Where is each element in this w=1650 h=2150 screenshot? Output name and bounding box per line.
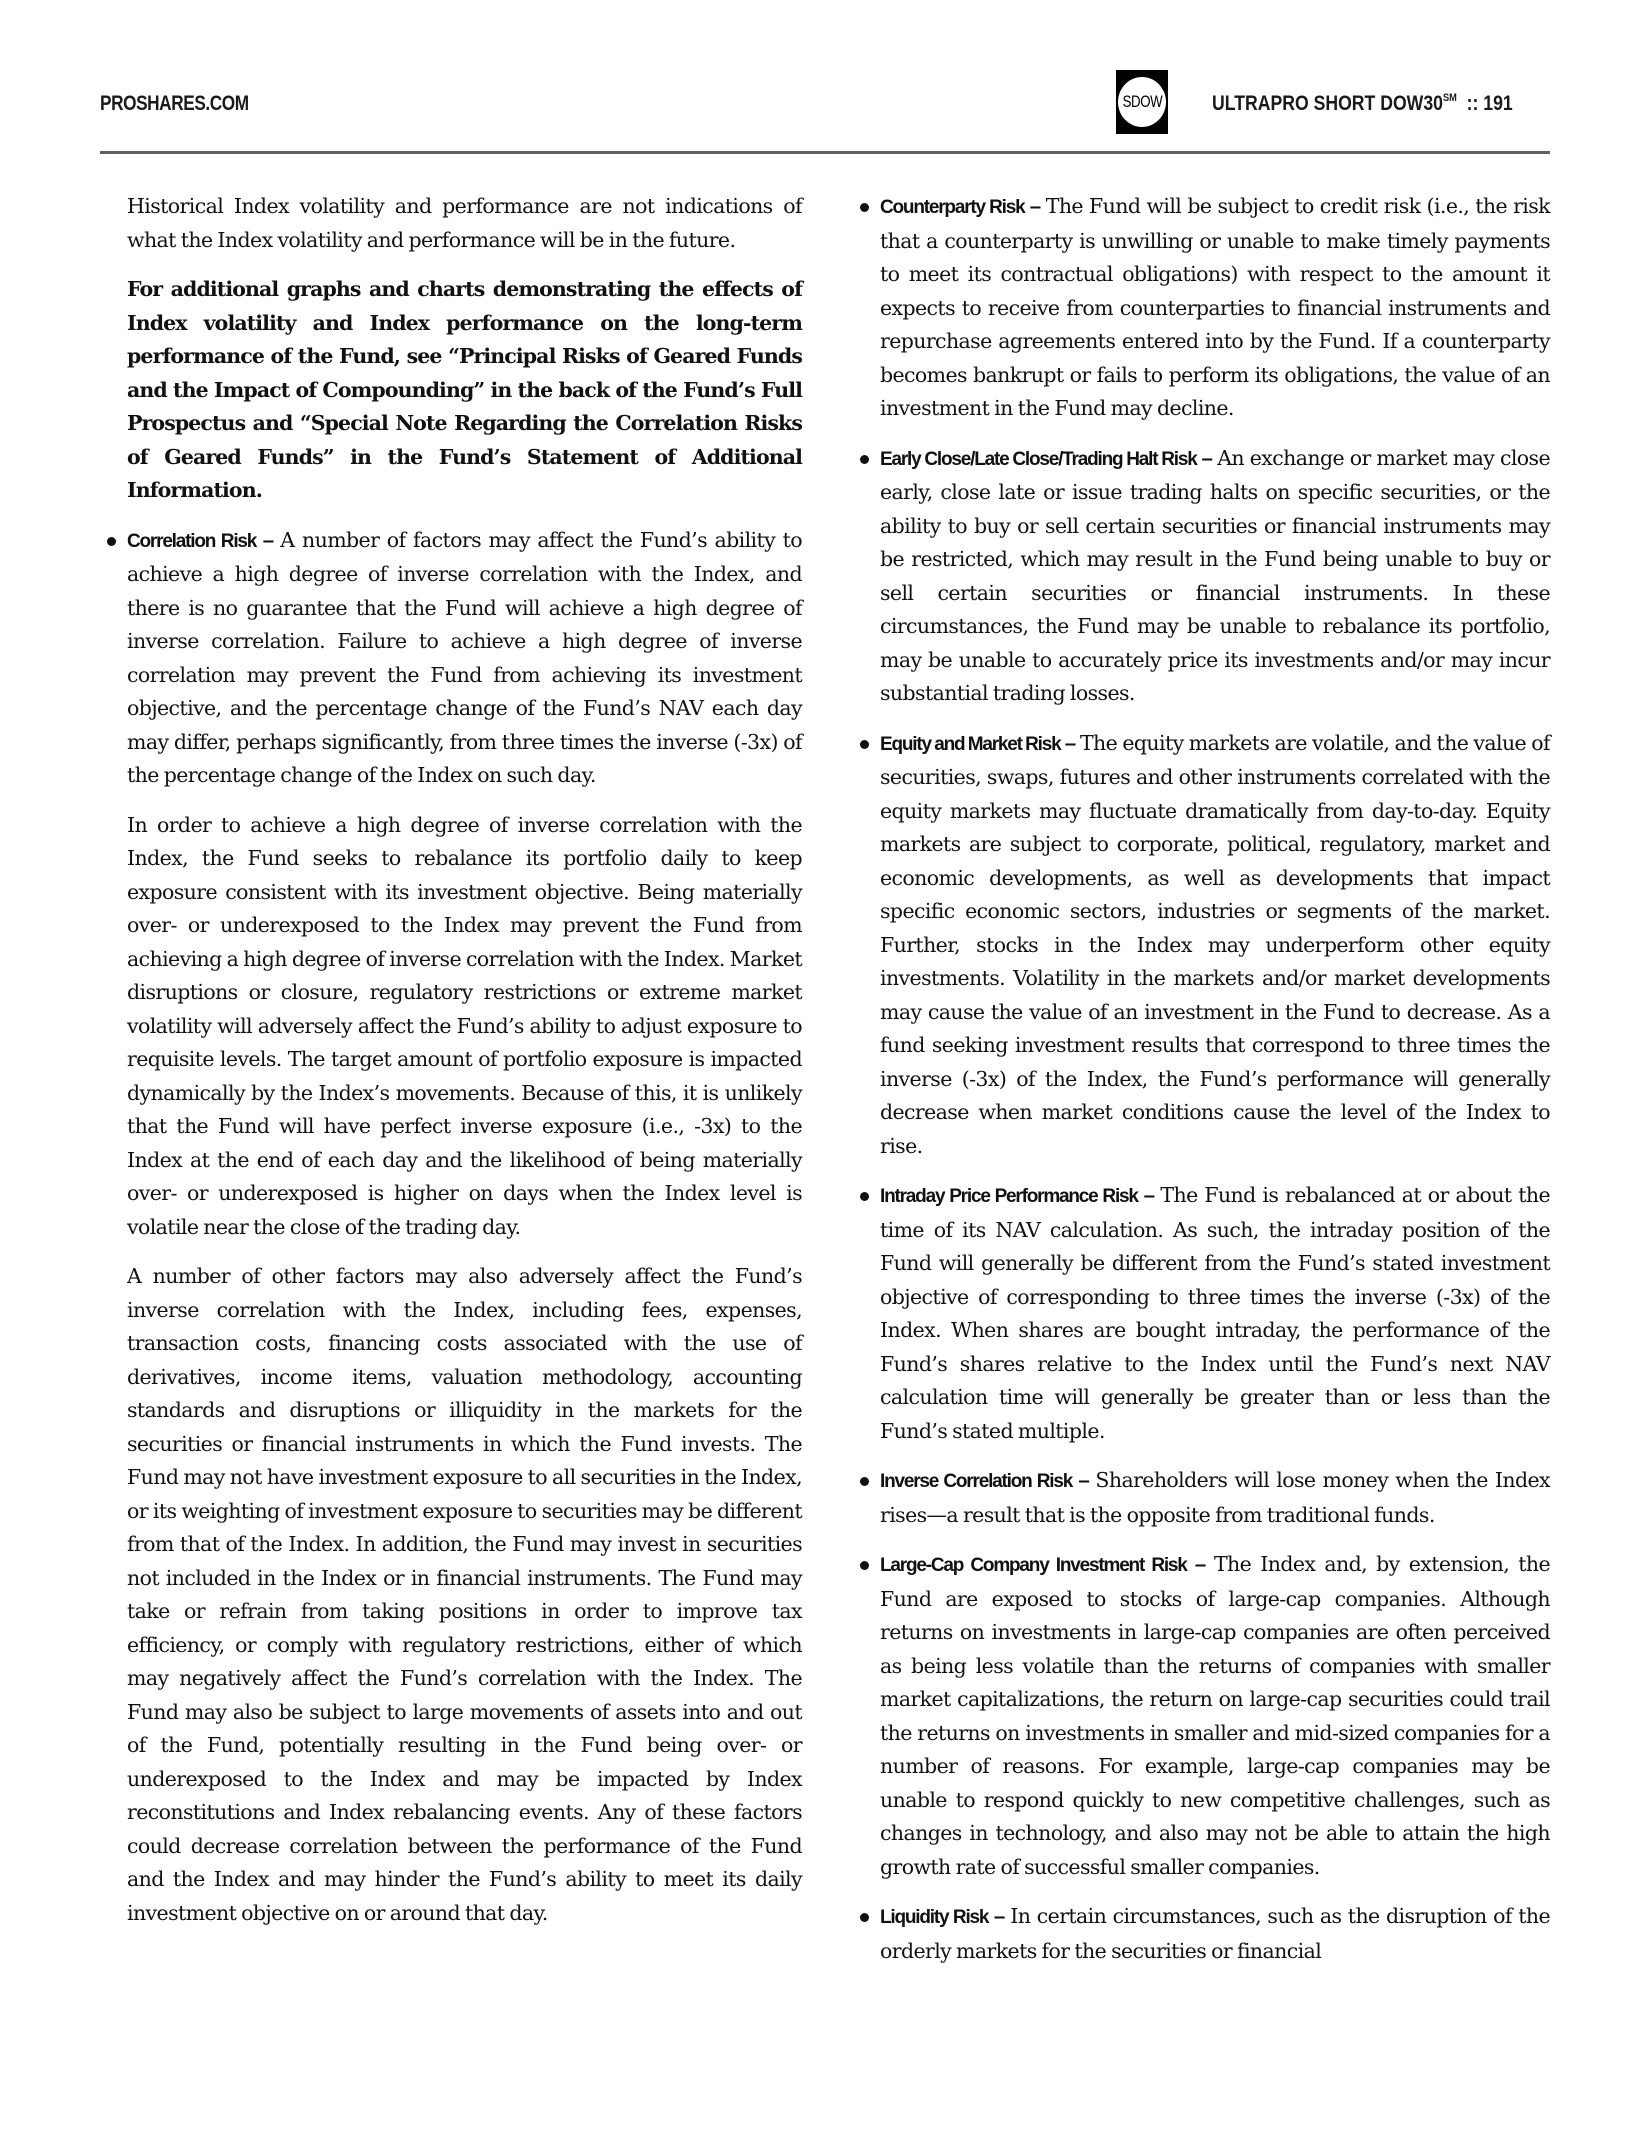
risk-dash: – [1187,1553,1214,1576]
left-column: Historical Index volatility and performa… [127,190,802,1946]
risk-term: Counterparty Risk [880,197,1024,218]
fund-title: ULTRAPRO SHORT DOW30SM :: 191 [1212,92,1513,116]
volatility-note: Historical Index volatility and performa… [127,190,802,257]
risk-term: Equity and Market Risk [880,734,1060,755]
right-column: Counterparty Risk – The Fund will be sub… [880,190,1550,1984]
risk-text: An exchange or market may close early, c… [880,446,1550,706]
risk-item-correlation: Correlation Risk – A number of factors m… [127,524,802,793]
risk-dash: – [1024,195,1045,218]
risk-item-early-close: Early Close/Late Close/Trading Halt Risk… [880,442,1550,711]
service-mark: SM [1443,92,1457,104]
risk-dash: – [1060,732,1080,755]
risk-text: The Index and, by extension, the Fund ar… [880,1552,1550,1879]
logo-text: SDOW [1122,92,1162,112]
page-number: 191 [1483,92,1512,115]
risk-item-liquidity: Liquidity Risk – In certain circumstance… [880,1900,1550,1968]
risk-term: Intraday Price Performance Risk [880,1186,1138,1207]
risk-dash: – [1197,447,1218,470]
additional-graphs-note: For additional graphs and charts demonst… [127,273,802,508]
risk-term: Liquidity Risk [880,1907,988,1928]
risk-item-inverse-correlation: Inverse Correlation Risk – Shareholders … [880,1464,1550,1532]
risk-item-intraday: Intraday Price Performance Risk – The Fu… [880,1179,1550,1448]
page-header: PROSHARES.COM SDOW ULTRAPRO SHORT DOW30S… [100,70,1550,150]
risk-text: The Fund will be subject to credit risk … [880,194,1550,420]
risk-term: Correlation Risk [127,531,256,552]
risk-term: Large-Cap Company Investment Risk [880,1555,1187,1576]
risk-term: Inverse Correlation Risk [880,1471,1072,1492]
logo-circle: SDOW [1118,77,1166,127]
sdow-logo-icon: SDOW [1116,70,1168,134]
header-rule [100,151,1550,154]
risk-item-counterparty: Counterparty Risk – The Fund will be sub… [880,190,1550,426]
risk-text: The Fund is rebalanced at or about the t… [880,1183,1550,1443]
risk-item-equity-market: Equity and Market Risk – The equity mark… [880,727,1550,1164]
site-name: PROSHARES.COM [100,92,249,116]
risk-item-large-cap: Large-Cap Company Investment Risk – The … [880,1548,1550,1884]
other-factors-paragraph: A number of other factors may also adver… [127,1260,802,1930]
risk-dash: – [1072,1469,1095,1492]
risk-dash: – [988,1905,1010,1928]
title-separator: :: [1467,92,1479,115]
risk-text: A number of factors may affect the Fund’… [127,528,802,788]
risk-dash: – [1138,1184,1161,1207]
risk-text: The equity markets are volatile, and the… [880,731,1550,1158]
risk-term: Early Close/Late Close/Trading Halt Risk [880,449,1197,470]
risk-dash: – [256,529,280,552]
rebalance-paragraph: In order to achieve a high degree of inv… [127,809,802,1245]
fund-name: ULTRAPRO SHORT DOW30 [1212,92,1443,115]
